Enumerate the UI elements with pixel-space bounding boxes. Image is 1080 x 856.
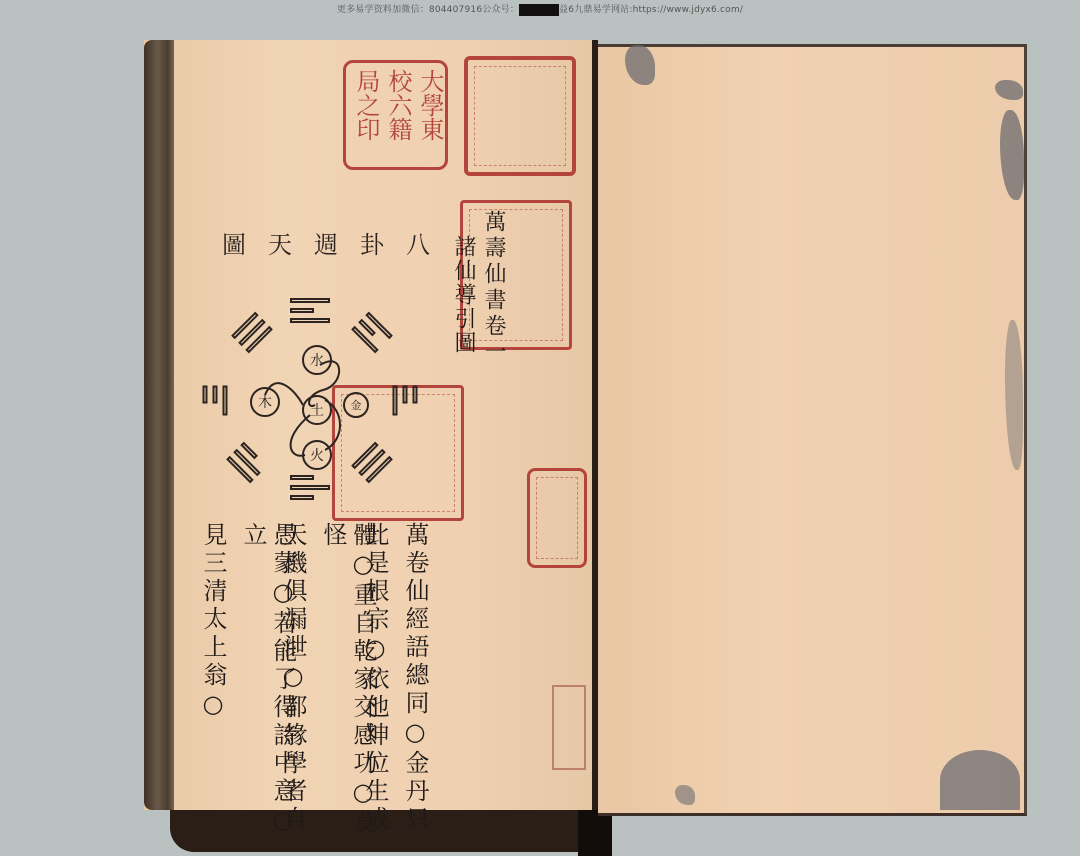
seal-pattern <box>474 66 566 166</box>
text-column-3: 體○重自乾家交感功○莫怪 <box>318 522 378 856</box>
element-earth-circle: 土 <box>302 395 332 425</box>
seal-pattern <box>536 477 578 559</box>
text-column-1: 萬卷仙經語總同○金丹只 <box>400 522 430 834</box>
trigram-top-icon <box>290 298 330 323</box>
element-metal-circle: 金 <box>343 392 369 418</box>
seal-square-top-right <box>464 56 576 176</box>
text-column-6: 見三清太上翁○ <box>198 522 228 722</box>
seal-oblong-bottom <box>552 685 586 770</box>
element-fire-circle: 火 <box>302 440 332 470</box>
text-column-5: 愚蒙○若能了得詩中意○立 <box>238 522 298 856</box>
bagua-diagram: 水 木 土 火 金 <box>195 290 455 510</box>
trigram-bottom-icon <box>290 475 330 500</box>
diagram-title: 八卦週天圖 <box>222 225 452 260</box>
damage-spot-bottom-corner <box>940 750 1020 810</box>
trigram-right-icon <box>393 386 418 416</box>
watermark-banner: 更多易学资料加微信：804407916公众号：益6九鼎易学网站:https://… <box>0 2 1080 16</box>
right-page <box>598 44 1027 816</box>
seal-lower-right <box>527 468 587 568</box>
seal-col-3: 局之印 <box>352 69 380 141</box>
seal-university-library: 大學東校六籍局之印 <box>343 60 448 170</box>
volume-title: 萬壽仙書卷一 <box>478 210 508 366</box>
seal-col-2: 校六籍 <box>384 69 412 141</box>
watermark-suffix: 益6九鼎易学网站:https://www.jdyx6.com/ <box>559 5 743 15</box>
trigram-left-icon <box>203 386 228 416</box>
element-water-circle: 水 <box>302 345 332 375</box>
element-wood-circle: 木 <box>250 387 280 417</box>
redaction-block <box>519 4 559 16</box>
left-page-edge <box>144 40 174 810</box>
diagram-title-text: 八卦週天圖 <box>222 231 452 259</box>
seal-col-1: 大學東 <box>416 69 444 141</box>
watermark-prefix: 更多易学资料加微信：804407916公众号： <box>337 5 519 15</box>
